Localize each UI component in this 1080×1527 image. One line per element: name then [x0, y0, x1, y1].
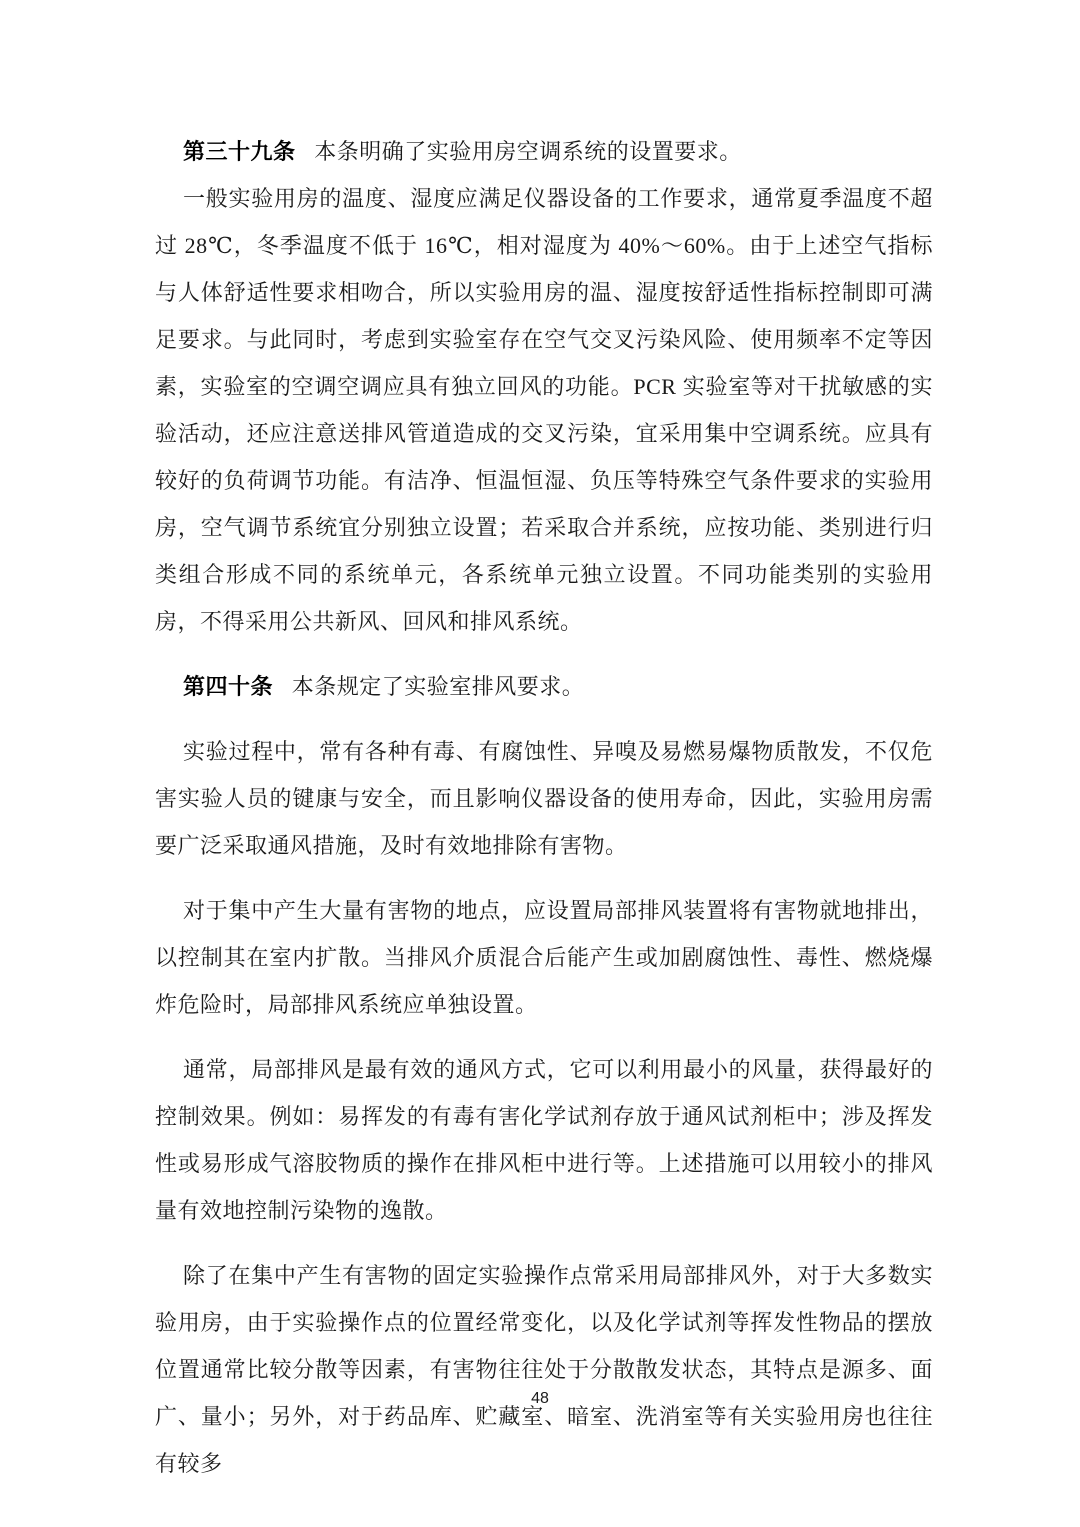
article-40-heading: 第四十条本条规定了实验室排风要求。 [155, 663, 933, 710]
article-40-paragraph-1: 实验过程中，常有各种有毒、有腐蚀性、异嗅及易燃易爆物质散发，不仅危害实验人员的键… [155, 728, 933, 869]
document-page: 第三十九条本条明确了实验用房空调系统的设置要求。 一般实验用房的温度、湿度应满足… [0, 0, 1080, 1527]
page-number: 48 [0, 1390, 1080, 1408]
article-40-paragraph-4: 除了在集中产生有害物的固定实验操作点常采用局部排风外，对于大多数实验用房，由于实… [155, 1252, 933, 1487]
article-40-title: 本条规定了实验室排风要求。 [292, 674, 585, 699]
article-39-heading: 第三十九条本条明确了实验用房空调系统的设置要求。 [155, 128, 933, 175]
article-39-title: 本条明确了实验用房空调系统的设置要求。 [314, 139, 742, 164]
article-39-paragraph-1: 一般实验用房的温度、湿度应满足仪器设备的工作要求，通常夏季温度不超过 28℃，冬… [155, 175, 933, 645]
article-40-paragraph-2: 对于集中产生大量有害物的地点，应设置局部排风装置将有害物就地排出，以控制其在室内… [155, 887, 933, 1028]
article-40-paragraph-3: 通常，局部排风是最有效的通风方式，它可以利用最小的风量，获得最好的控制效果。例如… [155, 1046, 933, 1234]
document-content: 第三十九条本条明确了实验用房空调系统的设置要求。 一般实验用房的温度、湿度应满足… [155, 128, 933, 1487]
article-40-number: 第四十条 [183, 674, 273, 699]
article-39-number: 第三十九条 [183, 139, 296, 164]
